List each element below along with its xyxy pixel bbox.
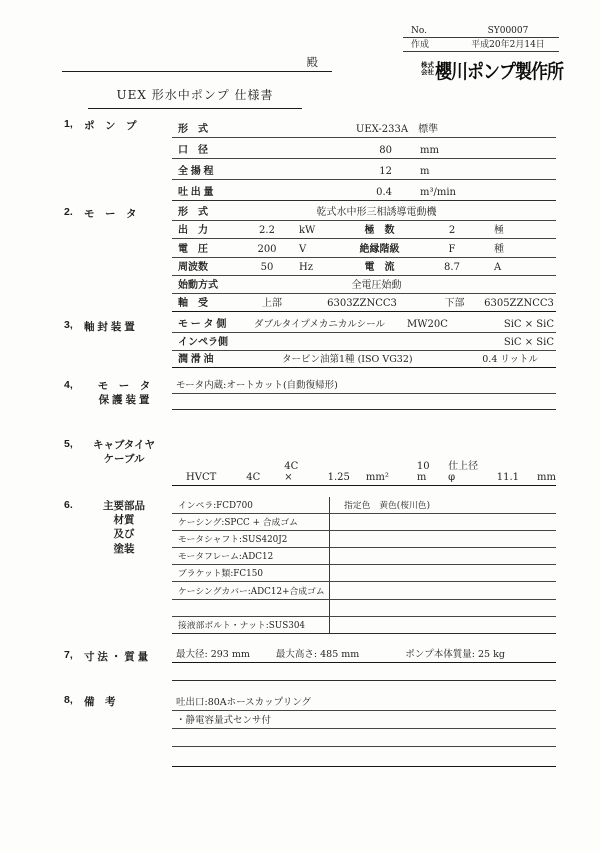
motor-voltage-label: 電 圧 (172, 240, 247, 255)
section-name: キャブタイヤ ケーブル (84, 438, 164, 466)
material-paint-note: 指定色 黄色(桜川色) (330, 497, 556, 513)
created-value: 平成20年2月14日 (457, 37, 559, 50)
motor-insulation-unit: 種 (482, 240, 556, 255)
dimensions-row: 最大径: 293 mm 最大高さ: 485 mm ポンプ本体質量: 25 kg (172, 648, 556, 663)
cable-type: HVCT (186, 472, 216, 483)
material-row: ケーシングカバー:ADC12+合成ゴム (172, 582, 556, 599)
pump-head-unit: m (420, 166, 429, 177)
company-prefix: 株式 会社 (421, 62, 434, 76)
material-part: ブラケット類:FC150 (172, 565, 330, 581)
company-name: 櫻川ポンプ製作所 (435, 55, 563, 83)
pump-discharge-value: 0.4 (262, 187, 392, 198)
seal-lubricant-volume: 0.4 リットル (482, 351, 538, 365)
no-value: SY00007 (457, 26, 559, 36)
section-name-line1: 主要部品 (84, 499, 164, 513)
section-shaft-seal-head: 3, 軸 封 装 置 (64, 319, 172, 334)
remark-row: 吐出口:80Aホースカップリング (172, 693, 556, 711)
seal-impeller-side-row: インペラ側 SiC × SiC (172, 333, 556, 350)
motor-insulation-label: 絶縁階級 (337, 240, 422, 255)
material-paint-note (330, 582, 556, 598)
material-part (172, 600, 330, 616)
cable-cores: 4C (246, 472, 260, 483)
pump-type-label: 形 式 (172, 120, 262, 135)
remark-row: ・静電容量式センサ付 (172, 711, 556, 729)
addressee-honorific: 殿 (307, 55, 319, 69)
spec-sheet-page: No. SY00007 作成 平成20年2月14日 株式 会社 櫻川ポンプ製作所… (0, 0, 600, 852)
material-paint-note (330, 514, 556, 530)
material-row: インペラ:FCD700 指定色 黄色(桜川色) (172, 497, 556, 514)
pump-head-label: 全 揚 程 (172, 162, 262, 177)
pump-discharge-row: 吐 出 量 0.4 m³/min (172, 180, 556, 201)
motor-output-label: 出 力 (172, 221, 247, 236)
pump-bore-value: 80 (262, 145, 392, 156)
seal-impeller-side-faces: SiC × SiC (504, 337, 556, 348)
motor-type-row: 形 式 乾式水中形三相誘導電動機 (172, 203, 556, 221)
section-name: モ ー タ (84, 206, 137, 221)
material-row: モータフレーム:ADC12 (172, 548, 556, 565)
material-row (172, 600, 556, 617)
cable-finish-dia-value: 11.1 (497, 472, 519, 483)
motor-output-unit: kW (287, 225, 337, 236)
motor-starting-value: 全電圧始動 (247, 276, 506, 291)
material-part: 接液部ボルト・ナット:SUS304 (172, 617, 330, 633)
max-height: 最大高さ: 485 mm (276, 646, 359, 660)
created-label: 作成 (403, 37, 457, 50)
motor-frequency-unit: Hz (287, 262, 337, 273)
cable-spec-row: HVCT 4C 4C × 1.25 mm² 10 m 仕上径 φ 11.1 mm (172, 469, 556, 486)
motor-bearing-row: 軸 受 上部 6303ZZNCC3 下部 6305ZZNCC3 (172, 294, 556, 312)
section-name: 主要部品 材質 及び 塗装 (84, 499, 164, 556)
motor-voltage-unit: V (287, 244, 337, 255)
section-name: 寸 法 ・ 質 量 (84, 649, 148, 664)
materials-table: インペラ:FCD700 指定色 黄色(桜川色) ケーシング:SPCC + 合成ゴ… (172, 497, 556, 634)
pump-discharge-unit: m³/min (420, 187, 456, 198)
motor-frequency-value: 50 (247, 262, 287, 273)
section-name: モ ー タ 保 護 装 置 (84, 379, 164, 407)
motor-frequency-row: 周波数 50 Hz 電 流 8.7 A (172, 258, 556, 276)
pump-head-row: 全 揚 程 12 m (172, 159, 556, 180)
motor-type-label: 形 式 (172, 203, 247, 218)
seal-lubricant-label: 潤 滑 油 (172, 350, 254, 365)
page-title: UEX 形水中ポンプ 仕様書 (88, 86, 302, 109)
cable-finish-dia-label: 仕上径 φ (448, 457, 485, 483)
pump-bore-label: 口 径 (172, 141, 262, 156)
cable-section-value: 1.25 (328, 472, 350, 483)
company-logo: 株式 会社 櫻川ポンプ製作所 (391, 53, 563, 85)
motor-voltage-value: 200 (247, 244, 287, 255)
motor-current-label: 電 流 (337, 258, 422, 273)
section-name-line3: 及び (84, 527, 164, 541)
section-materials-head: 6. 主要部品 材質 及び 塗装 (64, 499, 172, 556)
section-number: 3, (64, 319, 84, 334)
motor-insulation-value: F (422, 244, 482, 255)
motor-output-value: 2.2 (247, 225, 287, 236)
pump-type-row: 形 式 UEX-233A 標準 (172, 117, 556, 138)
seal-motor-side-label: モ ー タ 側 (172, 315, 254, 330)
material-paint-note (330, 565, 556, 581)
section-name-line1: キャブタイヤ (84, 438, 164, 452)
section-name: 軸 封 装 置 (84, 319, 135, 334)
material-row: モータシャフト:SUS420J2 (172, 531, 556, 548)
section-name-line1: モ ー タ (84, 379, 164, 393)
section-name-line2: 保 護 装 置 (84, 393, 164, 407)
document-number-row: No. SY00007 (403, 24, 559, 38)
dimensions-empty-row (172, 663, 556, 681)
section-name-line4: 塗装 (84, 542, 164, 556)
section-remarks-head: 8, 備 考 (64, 694, 172, 709)
motor-current-value: 8.7 (422, 262, 482, 273)
material-row: 接液部ボルト・ナット:SUS304 (172, 617, 556, 634)
created-date-row: 作成 平成20年2月14日 (403, 38, 559, 52)
remark-text: ・静電容量式センサ付 (172, 712, 271, 726)
cable-table: HVCT 4C 4C × 1.25 mm² 10 m 仕上径 φ 11.1 mm (172, 469, 556, 486)
remark-row (172, 747, 556, 767)
section-pump-head: 1, ポ ン プ (64, 118, 172, 133)
company-prefix-line1: 株式 (421, 62, 434, 69)
protection-row: モータ内蔵:オートカット(自動復帰形) (172, 377, 556, 394)
section-number: 6. (64, 499, 84, 556)
document-number-box: No. SY00007 作成 平成20年2月14日 (403, 24, 559, 52)
motor-starting-label: 始動方式 (172, 276, 247, 291)
shaft-seal-table: モ ー タ 側 ダブルタイプメカニカルシール MW20C SiC × SiC イ… (172, 316, 556, 368)
cable-section-unit: mm² (366, 472, 389, 483)
seal-motor-side-type: ダブルタイプメカニカルシール (254, 316, 385, 330)
material-part: ケーシングカバー:ADC12+合成ゴム (172, 582, 330, 598)
seal-lubricant-type: タービン油第1種 (ISO VG32) (282, 351, 413, 365)
section-motor-head: 2. モ ー タ (64, 206, 172, 221)
material-part: モータシャフト:SUS420J2 (172, 531, 330, 547)
section-number: 5, (64, 438, 84, 466)
motor-bearing-label: 軸 受 (172, 294, 247, 309)
material-row: ブラケット類:FC150 (172, 565, 556, 582)
addressee-line: 殿 (62, 54, 332, 72)
motor-table: 形 式 乾式水中形三相誘導電動機 出 力 2.2 kW 極 数 2 極 電 圧 … (172, 203, 556, 312)
material-paint-note (330, 548, 556, 564)
pump-type-value: UEX-233A 標準 (262, 120, 532, 135)
company-prefix-line2: 会社 (421, 69, 434, 76)
section-cable-head: 5, キャブタイヤ ケーブル (64, 438, 172, 466)
pump-bore-row: 口 径 80 mm (172, 138, 556, 159)
seal-motor-side-model: MW20C (407, 319, 448, 330)
seal-motor-side-row: モ ー タ 側 ダブルタイプメカニカルシール MW20C SiC × SiC (172, 316, 556, 333)
pump-discharge-label: 吐 出 量 (172, 183, 262, 198)
motor-protection-table: モータ内蔵:オートカット(自動復帰形) (172, 377, 556, 410)
section-number: 4, (64, 379, 84, 407)
seal-motor-side-faces: SiC × SiC (504, 319, 556, 330)
section-motor-protection-head: 4, モ ー タ 保 護 装 置 (64, 379, 172, 407)
seal-lubricant-row: 潤 滑 油 タービン油第1種 (ISO VG32) 0.4 リットル (172, 351, 556, 368)
protection-text: モータ内蔵:オートカット(自動復帰形) (172, 377, 338, 391)
cable-finish-dia-unit: mm (537, 472, 556, 483)
section-number: 2. (64, 206, 84, 221)
pump-head-value: 12 (262, 166, 392, 177)
motor-current-unit: A (482, 262, 556, 273)
section-dimensions-head: 7, 寸 法 ・ 質 量 (64, 649, 172, 664)
cable-cores-x: 4C × (284, 461, 307, 483)
bearing-upper-value: 6303ZZNCC3 (297, 298, 427, 309)
section-number: 1, (64, 118, 84, 133)
bearing-lower-label: 下部 (427, 294, 482, 309)
motor-type-value: 乾式水中形三相誘導電動機 (247, 203, 506, 218)
no-label: No. (403, 26, 457, 36)
material-paint-note (330, 600, 556, 616)
material-part: ケーシング:SPCC + 合成ゴム (172, 514, 330, 530)
material-row: ケーシング:SPCC + 合成ゴム (172, 514, 556, 531)
pump-bore-unit: mm (420, 145, 439, 156)
bearing-upper-label: 上部 (247, 294, 297, 309)
bearing-lower-value: 6305ZZNCC3 (482, 298, 556, 309)
remark-row (172, 729, 556, 747)
section-number: 7, (64, 649, 84, 664)
motor-voltage-row: 電 圧 200 V 絶縁階級 F 種 (172, 239, 556, 257)
motor-poles-label: 極 数 (337, 221, 422, 236)
motor-frequency-label: 周波数 (172, 258, 247, 273)
motor-poles-unit: 極 (482, 221, 556, 236)
material-paint-note (330, 617, 556, 633)
motor-poles-value: 2 (422, 225, 482, 236)
section-name: ポ ン プ (84, 118, 137, 133)
motor-starting-row: 始動方式 全電圧始動 (172, 276, 556, 294)
section-name-line2: 材質 (84, 513, 164, 527)
material-part: モータフレーム:ADC12 (172, 548, 330, 564)
material-paint-note (330, 531, 556, 547)
remarks-table: 吐出口:80Aホースカップリング ・静電容量式センサ付 (172, 693, 556, 767)
pump-mass: ポンプ本体質量: 25 kg (405, 646, 505, 660)
section-number: 8, (64, 694, 84, 709)
motor-output-row: 出 力 2.2 kW 極 数 2 極 (172, 221, 556, 239)
cable-length: 10 m (417, 461, 440, 483)
section-name: 備 考 (84, 694, 116, 709)
pump-table: 形 式 UEX-233A 標準 口 径 80 mm 全 揚 程 12 m 吐 出… (172, 117, 556, 201)
section-name-line2: ケーブル (84, 452, 164, 466)
protection-empty-row (172, 394, 556, 411)
remark-text: 吐出口:80Aホースカップリング (172, 694, 311, 708)
dimensions-table: 最大径: 293 mm 最大高さ: 485 mm ポンプ本体質量: 25 kg (172, 648, 556, 681)
material-part: インペラ:FCD700 (172, 497, 330, 513)
seal-impeller-side-label: インペラ側 (172, 333, 228, 348)
max-diameter: 最大径: 293 mm (176, 646, 250, 660)
